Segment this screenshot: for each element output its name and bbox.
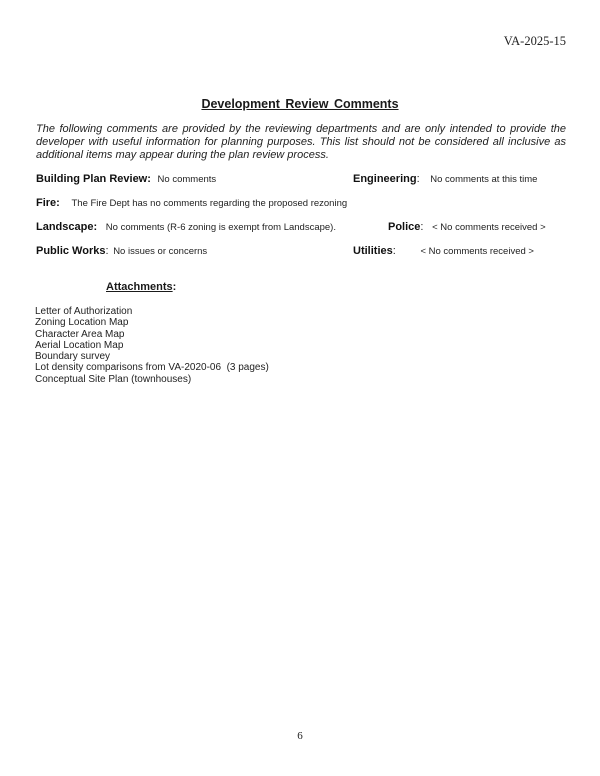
comment-building: Building Plan Review: No comments: [36, 173, 216, 185]
comment-fire: Fire: The Fire Dept has no comments rega…: [36, 197, 347, 209]
attachments-list: Letter of Authorization Zoning Location …: [35, 306, 269, 385]
comment-public-works-text: No issues or concerns: [113, 246, 207, 257]
comment-public-works-colon: :: [105, 245, 108, 257]
comment-engineering-label: Engineering: [353, 173, 417, 185]
comment-utilities-colon: :: [393, 245, 396, 257]
case-id: VA-2025-15: [504, 34, 566, 49]
attachment-item: Boundary survey: [35, 351, 269, 362]
comment-police: Police: < No comments received >: [388, 221, 546, 233]
attachment-item: Letter of Authorization: [35, 306, 269, 317]
comment-fire-text: The Fire Dept has no comments regarding …: [71, 198, 347, 209]
attachments-title: Attachments: [106, 281, 173, 293]
comment-engineering-text: No comments at this time: [430, 174, 537, 185]
intro-paragraph: The following comments are provided by t…: [36, 123, 566, 162]
comment-police-colon: :: [420, 221, 423, 233]
comment-landscape: Landscape: No comments (R-6 zoning is ex…: [36, 221, 336, 233]
attachment-item: Conceptual Site Plan (townhouses): [35, 374, 269, 385]
attachment-item: Lot density comparisons from VA-2020-06 …: [35, 362, 269, 373]
attachment-item: Aerial Location Map: [35, 340, 269, 351]
page-number: 6: [0, 730, 600, 742]
comment-engineering: Engineering: No comments at this time: [353, 173, 537, 185]
attachments-heading: Attachments:: [106, 281, 176, 293]
attachment-item: Character Area Map: [35, 329, 269, 340]
comment-building-label: Building Plan Review:: [36, 173, 151, 185]
comment-landscape-text: No comments (R-6 zoning is exempt from L…: [106, 222, 336, 233]
attachment-item: Zoning Location Map: [35, 317, 269, 328]
comment-utilities-text: < No comments received >: [420, 246, 534, 257]
comment-building-text: No comments: [158, 174, 217, 185]
comment-police-label: Police: [388, 221, 420, 233]
comment-landscape-label: Landscape:: [36, 221, 97, 233]
attachments-colon: :: [173, 281, 177, 293]
page-title: Development Review Comments: [0, 97, 600, 111]
comment-fire-label: Fire:: [36, 197, 60, 209]
comment-police-text: < No comments received >: [432, 222, 546, 233]
comment-public-works: Public Works: No issues or concerns: [36, 245, 207, 257]
comment-public-works-label: Public Works: [36, 245, 105, 257]
comment-utilities-label: Utilities: [353, 245, 393, 257]
comment-utilities: Utilities: < No comments received >: [353, 245, 534, 257]
comment-engineering-colon: :: [417, 173, 420, 185]
